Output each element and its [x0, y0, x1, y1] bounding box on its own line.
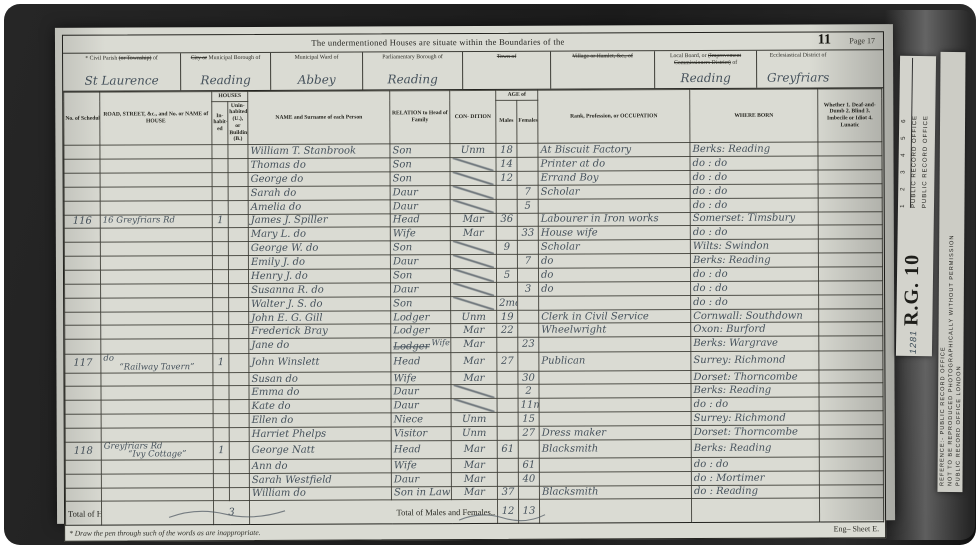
totals-blank-occupation: [539, 499, 691, 524]
col-header-occupation: Rank, Profession, or OCCUPATION: [538, 90, 690, 144]
cell-relation: Wife: [391, 371, 451, 385]
cell-where-born: do : do: [690, 267, 818, 282]
cell-schedule: [65, 428, 101, 442]
cell-where-born: Somerset: Timsbury: [690, 212, 818, 226]
cell-where-born: Cornwall: Southdown: [691, 309, 819, 323]
census-sheet: The undermentioned Houses are situate wi…: [55, 24, 895, 524]
district-field: Village or Hamlet, &c., of: [551, 51, 655, 88]
cell-where-born: Dorset: Thorncombe: [691, 370, 819, 384]
form-title: The undermentioned Houses are situate wi…: [63, 36, 813, 49]
cell-relation: Son in Law: [391, 486, 451, 500]
cell-disability: [819, 351, 883, 370]
cell-name: Emma do: [249, 385, 391, 400]
cell-inhabited: 1: [212, 214, 228, 228]
cell-name: Thomas do: [248, 157, 390, 172]
cell-age-female: [517, 240, 538, 254]
cell-where-born: Berks: Reading: [690, 253, 818, 268]
cell-uninhabited: [228, 186, 248, 200]
district-field-value: Abbey: [298, 73, 336, 87]
cell-relation: Son: [390, 171, 450, 185]
cell-uninhabited: [228, 269, 248, 283]
total-people-label: Total of Males and Females..: [250, 500, 498, 525]
cell-disability: [818, 142, 882, 156]
cell-schedule: [65, 339, 101, 354]
cell-condition: [450, 240, 496, 254]
cell-uninhabited: [229, 283, 249, 297]
cell-schedule: [65, 284, 101, 298]
cell-uninhabited: [228, 241, 248, 255]
cell-condition: Unm: [450, 143, 496, 157]
cell-occupation: [538, 198, 690, 213]
col-header-condition: CON- DITION: [450, 90, 496, 143]
cell-schedule: [65, 400, 101, 414]
cell-condition: Mar: [451, 352, 497, 371]
cell-disability: [818, 252, 882, 266]
district-field: Municipal Ward ofAbbey: [271, 52, 363, 89]
district-header-row: * Civil Parish (or Township) ofSt Lauren…: [63, 50, 883, 92]
district-field-value: Greyfriars: [767, 70, 829, 84]
cell-inhabited: [213, 283, 229, 297]
cell-age-male: [496, 185, 517, 199]
cell-uninhabited: [229, 386, 249, 400]
district-field: City or Municipal Borough ofReading: [181, 53, 271, 90]
cell-disability: [819, 294, 883, 308]
total-houses-label: Total of Houses..: [65, 501, 101, 525]
district-field: * Civil Parish (or Township) ofSt Lauren…: [63, 53, 181, 91]
cell-age-female: 15: [518, 413, 539, 427]
cell-occupation: do: [538, 267, 690, 282]
cell-schedule: [64, 187, 100, 201]
cell-name: Sarah do: [248, 185, 390, 200]
public-record-office-label: PUBLIC RECORD OFFICE: [911, 58, 919, 208]
cell-age-male: 36: [496, 213, 517, 227]
cell-relation: LodgerWife: [391, 337, 451, 352]
cell-where-born: Surrey: Richmond: [691, 411, 819, 425]
public-record-office-label: PUBLIC RECORD OFFICE: [922, 58, 930, 208]
cell-occupation: Scholar: [538, 184, 690, 199]
cell-age-female: [518, 352, 539, 371]
cell-schedule: [65, 414, 101, 428]
cell-condition: Mar: [451, 486, 497, 500]
cell-disability: [819, 383, 883, 397]
cell-name: Ann do: [249, 459, 391, 473]
district-field-label: Town of: [463, 54, 550, 62]
col-header-houses: HOUSES: [212, 91, 248, 101]
cell-condition: Unm: [451, 413, 497, 427]
cell-occupation: Publican: [539, 351, 691, 371]
cell-where-born: do : do: [691, 397, 819, 412]
col-header-males: Males: [496, 100, 517, 143]
cell-road: [100, 200, 212, 214]
cell-occupation: Dress maker: [539, 425, 691, 439]
cell-disability: [819, 280, 883, 294]
district-field-label: Municipal Ward of: [271, 54, 362, 62]
cell-occupation: [539, 384, 691, 399]
cell-age-female: [518, 324, 539, 338]
cell-age-female: 7: [517, 185, 538, 199]
cell-uninhabited: [229, 338, 249, 353]
cell-inhabited: [213, 325, 229, 339]
cell-schedule: 117: [65, 354, 101, 373]
cell-occupation: do: [539, 281, 691, 296]
cell-where-born: Berks: Reading: [691, 439, 819, 458]
cell-where-born: do : do: [690, 184, 818, 199]
cell-road: [101, 487, 213, 501]
cell-relation: Visitor: [391, 427, 451, 441]
cell-schedule: [64, 145, 100, 159]
census-form: The undermentioned Houses are situate wi…: [62, 31, 886, 542]
cell-schedule: [64, 256, 100, 270]
cell-schedule: [65, 488, 101, 502]
cell-condition: Unm: [451, 426, 497, 440]
cell-road: [101, 428, 213, 442]
totals-blank-disability: [819, 498, 883, 522]
sheet-mark: Eng– Sheet E.: [834, 524, 880, 533]
cell-condition: Mar: [451, 324, 497, 338]
cell-where-born: do : do: [690, 170, 818, 185]
cell-where-born: do : do: [691, 281, 819, 296]
total-males-value: 12: [497, 499, 518, 523]
cell-name: Kate do: [249, 399, 391, 414]
cell-uninhabited: [228, 158, 248, 172]
cell-age-female: [518, 310, 539, 324]
cell-name: William T. Stanbrook: [248, 144, 390, 158]
cell-inhabited: [212, 172, 228, 186]
cell-road: [101, 400, 213, 414]
district-field-label: City or Municipal Borough of: [181, 55, 270, 63]
census-scan: The undermentioned Houses are situate wi…: [0, 0, 980, 549]
cell-where-born: do : do: [691, 457, 819, 471]
cell-age-male: 2mo: [497, 296, 518, 310]
cell-relation: Daur: [390, 199, 450, 213]
cell-name: George do: [248, 171, 390, 186]
cell-road: [100, 186, 212, 200]
cell-relation: Wife: [391, 459, 451, 473]
cell-where-born: Surrey: Richmond: [691, 351, 819, 370]
cell-disability: [819, 484, 883, 498]
cell-relation: Daur: [390, 254, 450, 268]
cell-uninhabited: [228, 144, 248, 158]
cell-name: George W. do: [248, 241, 390, 256]
cell-relation: Head: [391, 352, 451, 371]
cell-uninhabited: [228, 228, 248, 242]
cell-uninhabited: [228, 172, 248, 186]
cell-where-born: Berks: Reading: [691, 383, 819, 398]
col-header-inhabited: In-habit-ed: [212, 101, 228, 144]
cell-relation: Son: [390, 240, 450, 254]
cell-schedule: [65, 386, 101, 400]
cell-disability: [818, 155, 882, 169]
col-header-uninhabited: Unin-habited (U.), or Building (B.): [228, 101, 248, 144]
cell-condition: Mar: [451, 337, 497, 352]
total-females-value: 13: [518, 499, 539, 523]
cell-road: 16 Greyfriars Rd: [100, 214, 212, 228]
cell-relation: Daur: [390, 185, 450, 199]
cell-occupation: [539, 398, 691, 413]
cell-age-male: [497, 282, 518, 296]
cell-name: Ellen do: [249, 413, 391, 427]
cell-age-male: [496, 199, 517, 213]
totals-row: Total of Houses.. 3 Total of Males and F…: [65, 498, 883, 526]
cell-occupation: Errand Boy: [538, 170, 690, 185]
cell-disability: [819, 308, 883, 322]
cell-schedule: [64, 173, 100, 187]
cell-inhabited: [212, 255, 228, 269]
cell-age-female: [518, 296, 539, 310]
col-header-females: Females: [517, 100, 538, 143]
cell-schedule: [64, 242, 100, 256]
totals-blank-born: [691, 498, 819, 523]
cell-relation: Son: [391, 296, 451, 310]
cell-inhabited: [212, 200, 228, 214]
cell-age-female: [517, 171, 538, 185]
cell-occupation: Scholar: [538, 239, 690, 254]
cell-condition: [450, 199, 496, 213]
cell-name: Amelia do: [248, 199, 390, 214]
cell-disability: [818, 169, 882, 183]
cell-inhabited: [212, 269, 228, 283]
cell-age-male: 18: [496, 143, 517, 157]
cell-relation: Son: [390, 268, 450, 282]
cell-relation: Daur: [391, 473, 451, 487]
cell-road: do“Railway Tavern”: [101, 354, 213, 373]
cell-occupation: [539, 412, 691, 426]
cell-occupation: Wheelwright: [539, 323, 691, 337]
cell-relation: Head: [390, 213, 450, 227]
record-office-stamp-strip: 1 2 3 4 5 6 PUBLIC RECORD OFFICE PUBLIC …: [896, 56, 936, 356]
cell-where-born: do : do: [691, 295, 819, 310]
cell-where-born: do : do: [690, 225, 818, 239]
reproduction-notice-strip: REFERENCE:- PUBLIC RECORD OFFICE NOT TO …: [937, 52, 965, 492]
cell-occupation: Blacksmith: [539, 485, 691, 499]
district-field-label: Village or Hamlet, &c., of: [551, 53, 654, 61]
cell-condition: [450, 254, 496, 268]
cell-inhabited: [212, 241, 228, 255]
cell-uninhabited: [229, 427, 249, 441]
form-footer: * Draw the pen through such of the words…: [65, 522, 885, 541]
cell-inhabited: [213, 487, 229, 501]
cell-disability: [818, 238, 882, 252]
cell-inhabited: 1: [213, 353, 229, 372]
piece-number: 1281: [908, 308, 919, 354]
district-field: Local Board, or (Improvement Commissione…: [655, 51, 757, 88]
col-header-disability: Whether 1. Deaf-and-Dumb 2. Blind 3. Imb…: [818, 89, 882, 142]
cell-disability: [819, 369, 883, 383]
cell-inhabited: [213, 372, 229, 386]
cell-condition: Mar: [451, 459, 497, 473]
cell-occupation: Labourer in Iron works: [538, 212, 690, 226]
cell-road: [101, 339, 213, 354]
cell-inhabited: [213, 338, 229, 353]
cell-inhabited: [212, 228, 228, 242]
cell-schedule: 116: [64, 215, 100, 229]
cell-condition: [450, 157, 496, 171]
cell-where-born: Dorset: Thorncombe: [691, 425, 819, 439]
total-houses-dots: [101, 501, 213, 525]
cell-occupation: [539, 458, 691, 472]
cell-schedule: [64, 270, 100, 284]
cell-relation: Son: [390, 157, 450, 171]
cell-uninhabited: [229, 372, 249, 386]
cell-age-male: 9: [496, 240, 517, 254]
cell-road: [100, 255, 212, 269]
total-houses-value: 3: [213, 501, 249, 525]
cell-age-male: [497, 426, 518, 440]
cell-occupation: Clerk in Civil Service: [539, 309, 691, 323]
cell-age-female: [517, 143, 538, 157]
cell-age-male: [497, 472, 518, 486]
col-header-age: AGE of: [496, 90, 538, 100]
cell-where-born: Berks: Reading: [690, 142, 818, 156]
cell-uninhabited: [228, 200, 248, 214]
cell-age-female: 11mo: [518, 399, 539, 413]
cell-age-female: 23: [518, 337, 539, 352]
cell-occupation: do: [538, 253, 690, 268]
cell-road: [101, 325, 213, 339]
cell-occupation: [539, 336, 691, 352]
col-header-relation: RELATION to Head of Family: [390, 91, 450, 144]
cell-schedule: [64, 201, 100, 215]
cell-condition: Mar: [450, 213, 496, 227]
cell-name: George Natt: [249, 440, 391, 459]
cell-road: [100, 228, 212, 242]
cell-schedule: [65, 373, 101, 387]
cell-age-male: 22: [497, 324, 518, 338]
cell-age-male: 12: [496, 171, 517, 185]
cell-age-male: 19: [497, 310, 518, 324]
cell-relation: Lodger: [391, 324, 451, 338]
cell-age-male: [497, 371, 518, 385]
cell-age-female: 3: [518, 282, 539, 296]
cell-disability: [818, 211, 882, 225]
cell-relation: Lodger: [391, 310, 451, 324]
cell-inhabited: [212, 158, 228, 172]
cell-road: [101, 414, 213, 428]
cell-inhabited: 1: [213, 441, 229, 460]
cell-name: Susan do: [249, 372, 391, 386]
cell-road: [100, 158, 212, 172]
cell-inhabited: [212, 186, 228, 200]
census-table: No. of Schedule ROAD, STREET, &c., and N…: [63, 88, 884, 526]
cell-uninhabited: [229, 441, 249, 460]
cell-relation: Niece: [391, 413, 451, 427]
cell-age-female: 5: [517, 199, 538, 213]
col-header-schedule: No. of Schedule: [64, 92, 100, 145]
cell-uninhabited: [229, 297, 249, 311]
cell-where-born: Oxon: Burford: [691, 322, 819, 336]
cell-relation: Daur: [391, 399, 451, 413]
cell-condition: [450, 268, 496, 282]
cell-where-born: Berks: Wargrave: [691, 336, 819, 352]
cell-age-female: 7: [517, 254, 538, 268]
cell-inhabited: [213, 414, 229, 428]
cell-inhabited: [213, 400, 229, 414]
cell-occupation: At Biscuit Factory: [538, 142, 690, 156]
footnote: * Draw the pen through such of the words…: [69, 528, 260, 538]
cell-schedule: 118: [65, 442, 101, 461]
cell-road: [101, 311, 213, 325]
cell-condition: Mar: [450, 227, 496, 241]
cell-road: [101, 460, 213, 474]
cell-condition: [450, 185, 496, 199]
cell-condition: [451, 385, 497, 399]
cell-relation: Daur: [391, 282, 451, 296]
cell-uninhabited: [229, 353, 249, 372]
cell-schedule: [65, 474, 101, 488]
cell-road: [101, 297, 213, 311]
cell-schedule: [64, 228, 100, 242]
cell-disability: [819, 471, 883, 485]
cell-inhabited: [213, 386, 229, 400]
page-label: Page 17: [849, 36, 875, 45]
cell-condition: Mar: [451, 472, 497, 486]
cell-age-male: 61: [497, 440, 518, 459]
cell-where-born: do : do: [690, 156, 818, 171]
cell-road: [101, 386, 213, 400]
cell-uninhabited: [229, 460, 249, 474]
cell-occupation: Blacksmith: [539, 439, 691, 459]
cell-age-male: [497, 413, 518, 427]
district-field: Parliamentary Borough ofReading: [363, 52, 463, 89]
cell-schedule: [64, 159, 100, 173]
cell-condition: [450, 171, 496, 185]
cell-inhabited: [213, 427, 229, 441]
cell-road: [100, 269, 212, 283]
cell-condition: [451, 399, 497, 413]
district-field-label: * Civil Parish (or Township) of: [63, 55, 180, 63]
cell-where-born: do : do: [690, 198, 818, 213]
cell-road: [100, 145, 212, 159]
cell-schedule: [65, 298, 101, 312]
cell-name: Jane do: [249, 338, 391, 354]
cell-disability: [818, 266, 882, 280]
cell-condition: Mar: [451, 440, 497, 459]
cell-condition: [451, 282, 497, 296]
cell-disability: [818, 197, 882, 211]
col-header-road: ROAD, STREET, &c., and No. or NAME of HO…: [100, 92, 212, 145]
cell-age-male: 37: [497, 486, 518, 500]
cell-age-male: [497, 385, 518, 399]
cell-condition: [451, 296, 497, 310]
cell-age-female: [518, 440, 539, 459]
cell-age-male: 5: [496, 268, 517, 282]
cell-uninhabited: [229, 414, 249, 428]
cell-age-female: [518, 486, 539, 500]
cell-age-male: 27: [497, 352, 518, 371]
cell-age-female: [517, 213, 538, 227]
cell-inhabited: [212, 144, 228, 158]
cell-relation: Son: [390, 144, 450, 158]
cell-name: Harriet Phelps: [249, 427, 391, 441]
folio-number: 11: [818, 32, 831, 48]
cell-age-female: 30: [518, 371, 539, 385]
cell-disability: [818, 225, 882, 239]
cell-name: Emily J. do: [248, 255, 390, 270]
cell-name: Walter J. S. do: [249, 297, 391, 312]
cell-occupation: [539, 370, 691, 384]
col-header-born: WHERE BORN: [690, 89, 818, 142]
cell-uninhabited: [229, 487, 249, 501]
cell-uninhabited: [228, 214, 248, 228]
cell-disability: [819, 425, 883, 439]
cell-disability: [819, 322, 883, 336]
cell-inhabited: [213, 297, 229, 311]
cell-condition: Mar: [451, 371, 497, 385]
cell-uninhabited: [229, 325, 249, 339]
district-field-value: Reading: [387, 72, 437, 86]
cell-disability: [818, 183, 882, 197]
cell-uninhabited: [229, 400, 249, 414]
